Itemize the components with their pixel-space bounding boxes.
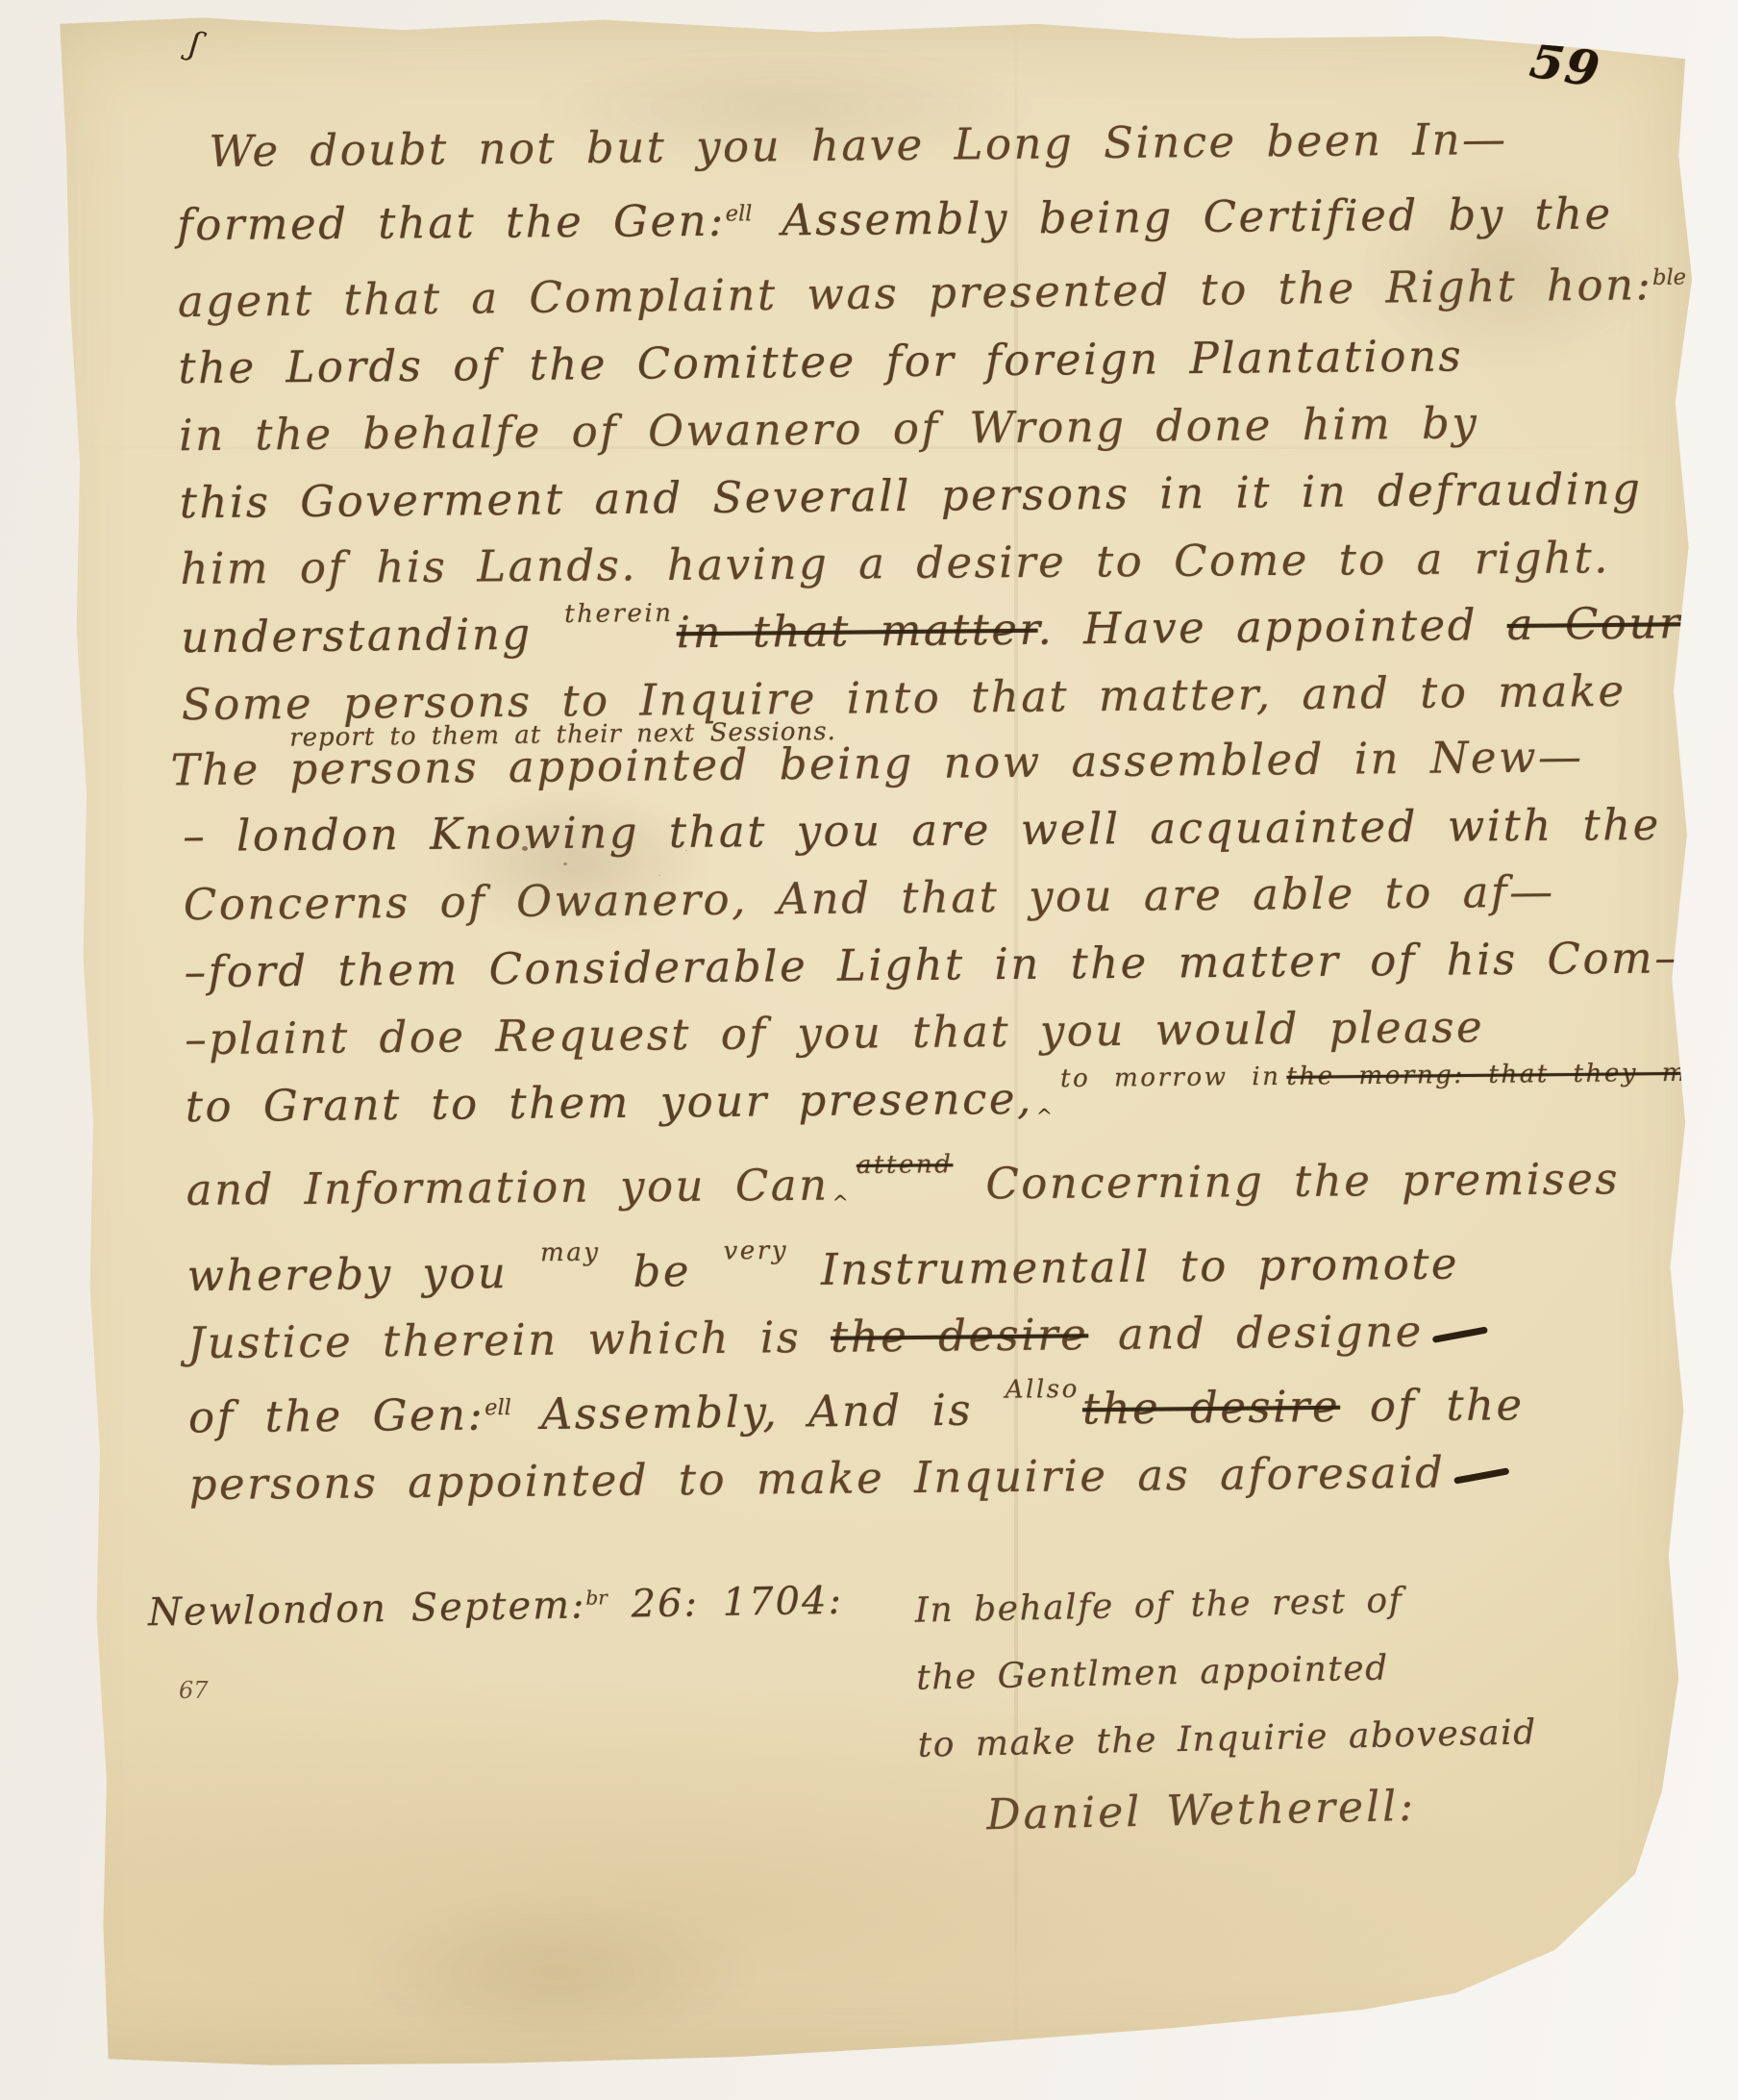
text-segment: We doubt not but you have Long Since bee… [209, 113, 1508, 177]
text-segment: of the [1340, 1379, 1525, 1432]
insertion-caret: ^ [832, 1190, 852, 1213]
text-segment: formed that the Gen: [177, 195, 726, 250]
manuscript-line: him of his Lands. having a desire to Com… [180, 524, 1632, 603]
manuscript-line: We doubt not but you have Long Since bee… [209, 105, 1628, 186]
text-segment: Concerns of Owanero, And that you are ab… [184, 865, 1555, 930]
interlinear-insertion: very [724, 1251, 788, 1252]
ink-flourish [1431, 1326, 1487, 1343]
dateline-place-month: Newlondon Septem: [148, 1583, 586, 1635]
struck-insertion: attend [857, 1164, 953, 1165]
interlinear-insertion: Allso [1006, 1389, 1080, 1390]
ink-mark: ʃ [186, 24, 204, 63]
dateline: Newlondon Septem:br 26: 1704: [148, 1579, 844, 1636]
insertion-caret: ^ [1036, 1104, 1055, 1127]
text-segment: be [603, 1245, 721, 1297]
interlinear-insertion: have [1727, 1071, 1738, 1072]
superscript-abbreviation: ell [484, 1395, 511, 1420]
ink-flourish [1453, 1467, 1509, 1485]
text-segment: to Grant to them your presence, [186, 1072, 1033, 1131]
folio-number: 59 [1527, 32, 1605, 99]
docket-number: 67 [179, 1677, 209, 1704]
text-segment: persons appointed to make Inquirie as af… [188, 1447, 1445, 1511]
text-segment: him of his Lands. having a desire to Com… [180, 532, 1610, 594]
text-segment: Assembly, And is [511, 1384, 1003, 1439]
text-segment: . Have appointed [1037, 599, 1507, 655]
text-segment: in the behalfe of Owanero of Wrong done … [179, 397, 1479, 461]
superscript-abbreviation: ble [1652, 265, 1686, 290]
text-segment: and designe [1088, 1306, 1424, 1360]
interlinear-insertion: therein [564, 613, 673, 614]
text-segment: Concerning the premises [956, 1153, 1620, 1209]
signature: Daniel Wetherell: [986, 1770, 1539, 1849]
manuscript-line: of the Gen:ell Assembly, And is Allsothe… [188, 1363, 1641, 1452]
text-segment: Justice therein which is [187, 1312, 831, 1368]
struck-text: the desire [1082, 1381, 1341, 1435]
superscript-abbreviation: ell [726, 201, 753, 226]
text-segment: Instrumentall to promote [791, 1237, 1459, 1295]
manuscript-photo: ʃ 59 We doubt not but you have Long Sinc… [0, 0, 1738, 2100]
text-segment: report to them at their next Sessions. [289, 717, 836, 753]
text-segment: this Goverment and Severall persons in i… [180, 462, 1643, 528]
text-segment: and Information you Can [186, 1159, 830, 1214]
text-segment: of the Gen: [188, 1388, 485, 1442]
struck-text: the desire [831, 1309, 1089, 1362]
dateline-month-superscript: br [585, 1586, 608, 1609]
text-segment: – london Knowing that you are well acqua… [183, 798, 1661, 861]
manuscript-line: to Grant to them your presence,^to morro… [186, 1059, 1638, 1158]
text-segment: the Lords of the Comittee for foreign Pl… [178, 330, 1463, 393]
text-segment: whereby you [186, 1247, 537, 1301]
closing-line: In behalfe of the rest of [914, 1564, 1534, 1644]
text-segment: –plaint doe Request of you that you woul… [185, 1001, 1484, 1064]
manuscript-paper: ʃ 59 We doubt not but you have Long Sinc… [37, 12, 1705, 2069]
struck-text: in that matter [676, 603, 1037, 658]
text-segment: agent that a Complaint was presented to … [178, 260, 1653, 328]
text-segment: –ford them Considerable Light in the mat… [184, 932, 1701, 997]
closing-block: In behalfe of the rest of the Gentlmen a… [914, 1564, 1539, 1850]
struck-insertion: the morng: that they may [1286, 1072, 1722, 1076]
manuscript-line: persons appointed to make Inquirie as af… [188, 1437, 1641, 1518]
interlinear-insertion: may [540, 1253, 601, 1254]
letter-body: We doubt not but you have Long Since bee… [176, 105, 1641, 1519]
manuscript-line: this Goverment and Severall persons in i… [180, 455, 1632, 536]
text-segment: Assembly being Certified by the [752, 188, 1613, 246]
interlinear-insertion: to morrow in [1060, 1076, 1280, 1078]
text-segment: understanding [181, 608, 562, 662]
struck-text: a Court [1507, 597, 1702, 650]
manuscript-line: and Information you Can^attend Concernin… [186, 1145, 1638, 1241]
manuscript-line: – london Knowing that you are well acqua… [183, 791, 1635, 870]
closing-line: the Gentlmen appointed [916, 1632, 1536, 1712]
paper-stain [354, 1896, 757, 2050]
closing-line: to make the Inquirie abovesaid [917, 1699, 1537, 1779]
dateline-day-year: 26: 1704: [608, 1579, 844, 1627]
